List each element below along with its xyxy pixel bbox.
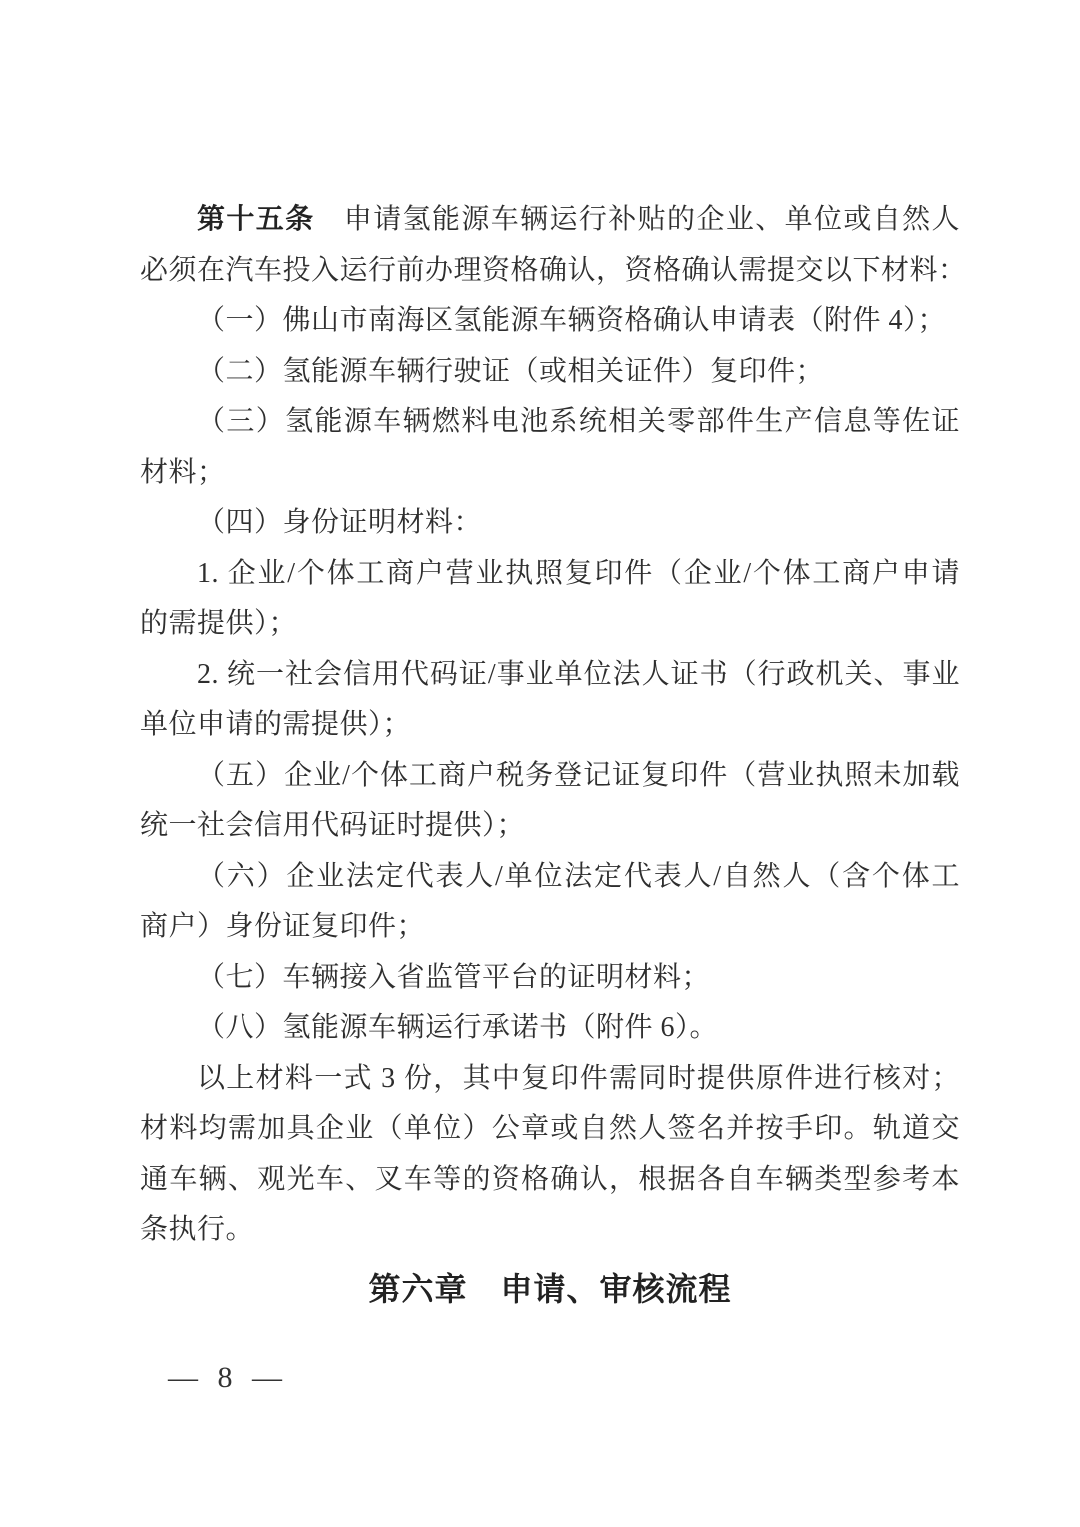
article-number: 第十五条 — [197, 203, 315, 234]
paragraph-line: （七）车辆接入省监管平台的证明材料； — [140, 953, 960, 1004]
paragraph-line: 统一社会信用代码证时提供）； — [140, 801, 960, 852]
paragraph-line: （八）氢能源车辆运行承诺书（附件 6）。 — [140, 1003, 960, 1054]
paragraph-line: （三）氢能源车辆燃料电池系统相关零部件生产信息等佐证 — [140, 397, 960, 448]
article-body: 第十五条 申请氢能源车辆运行补贴的企业、单位或自然人 必须在汽车投入运行前办理资… — [140, 194, 960, 1314]
paragraph-line: 1. 企业/个体工商户营业执照复印件（企业/个体工商户申请 — [140, 549, 960, 600]
paragraph-line: 单位申请的需提供）； — [140, 700, 960, 751]
paragraph-line: 条执行。 — [140, 1205, 960, 1256]
paragraph-line: 第十五条 申请氢能源车辆运行补贴的企业、单位或自然人 — [140, 194, 960, 246]
paragraph-line: 2. 统一社会信用代码证/事业单位法人证书（行政机关、事业 — [140, 650, 960, 701]
paragraph-line: 通车辆、观光车、叉车等的资格确认，根据各自车辆类型参考本 — [140, 1155, 960, 1206]
paragraph-line: （六）企业法定代表人/单位法定代表人/自然人（含个体工 — [140, 852, 960, 903]
paragraph-line: （四）身份证明材料： — [140, 498, 960, 549]
page-number: — 8 — — [168, 1358, 288, 1398]
paragraph-line: 的需提供）； — [140, 599, 960, 650]
chapter-heading: 第六章 申请、审核流程 — [140, 1264, 960, 1314]
paragraph-line: 材料均需加具企业（单位）公章或自然人签名并按手印。轨道交 — [140, 1104, 960, 1155]
paragraph-line: 商户）身份证复印件； — [140, 902, 960, 953]
paragraph-line: （二）氢能源车辆行驶证（或相关证件）复印件； — [140, 347, 960, 398]
paragraph-line: 以上材料一式 3 份，其中复印件需同时提供原件进行核对； — [140, 1054, 960, 1105]
paragraph-text: 申请氢能源车辆运行补贴的企业、单位或自然人 — [315, 204, 960, 235]
document-page: 第十五条 申请氢能源车辆运行补贴的企业、单位或自然人 必须在汽车投入运行前办理资… — [0, 0, 1080, 1527]
paragraph-line: 材料； — [140, 448, 960, 499]
paragraph-line: （一）佛山市南海区氢能源车辆资格确认申请表（附件 4）； — [140, 296, 960, 347]
paragraph-line: 必须在汽车投入运行前办理资格确认，资格确认需提交以下材料： — [140, 246, 960, 297]
paragraph-line: （五）企业/个体工商户税务登记证复印件（营业执照未加载 — [140, 751, 960, 802]
